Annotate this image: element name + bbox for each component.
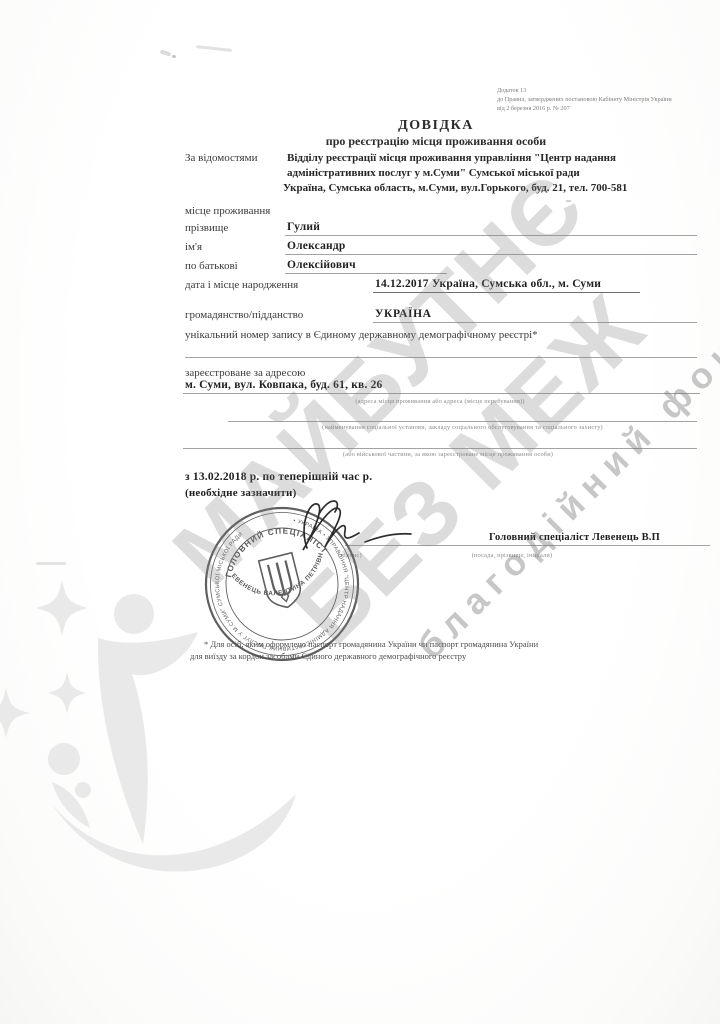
issuer-block: Відділу реєстрації місця проживання упра… (287, 151, 702, 196)
appendix-line: Додаток 13 (497, 86, 707, 95)
scan-dash (36, 562, 66, 565)
official-value: Головний спеціаліст Левенець В.П (489, 532, 660, 543)
unique-number-label: унікальний номер запису в Єдиному держав… (185, 329, 697, 341)
scan-smudge (160, 49, 172, 56)
institution-caption: (найменування соціальної установи, закла… (228, 424, 697, 431)
unique-number-line (185, 344, 697, 358)
sparkle-star-icon (36, 580, 88, 636)
signature-graphic (285, 492, 455, 562)
appendix-line: до Правил, затверджених постановою Кабін… (497, 95, 707, 104)
name-line (285, 241, 697, 255)
address-caption: (адреса місця проживання або адреса (міс… (280, 398, 600, 405)
issuer-line: Відділу реєстрації місця проживання упра… (287, 151, 702, 166)
patronymic-value: Олексійович (287, 259, 356, 271)
residence-section-label: місце проживання (185, 205, 270, 217)
issuer-prefix: За відомостями (185, 152, 257, 164)
surname-line (285, 222, 697, 236)
institution-line (228, 408, 697, 422)
issuer-line: Україна, Сумська область, м.Суми, вул.Го… (283, 181, 702, 196)
birth-label: дата і місце народження (185, 279, 298, 291)
handwritten-signature (285, 492, 455, 567)
military-caption: (або військової частини, за якою зареєст… (228, 451, 668, 458)
scan-speck (172, 55, 176, 58)
citizenship-value: УКРАЇНА (375, 308, 432, 320)
sparkle-star-icon (0, 688, 30, 738)
appendix-line: від 2 березня 2016 р. № 207 (497, 104, 707, 113)
name-value: Олександр (287, 240, 345, 252)
sparkle-star-icon (48, 672, 86, 714)
issuer-line: адміністративних послуг у м.Суми" Сумськ… (287, 166, 702, 181)
military-line (183, 435, 697, 449)
citizenship-label: громадянство/підданство (185, 309, 303, 321)
name-label: ім'я (185, 241, 202, 253)
patronymic-label: по батькові (185, 260, 238, 272)
surname-value: Гулий (287, 221, 320, 233)
address-value: м. Суми, вул. Ковпака, буд. 61, кв. 26 (185, 379, 383, 391)
figure-head (114, 594, 154, 634)
scanned-residence-certificate: Додаток 13 до Правил, затверджених поста… (0, 0, 720, 1024)
official-caption: (посада, прізвище, ініціали) (452, 552, 572, 559)
period-value: з 13.02.2018 р. по теперішній час р. (185, 471, 372, 483)
figure-head (48, 743, 80, 775)
figure-dot (75, 782, 91, 798)
base-crescent (52, 794, 296, 872)
document-subtitle: про реєстрацію місця проживання особи (180, 134, 692, 149)
birth-value: 14.12.2017 Україна, Сумська обл., м. Сум… (375, 278, 601, 290)
figure-body (98, 632, 198, 844)
document-title: ДОВІДКА (180, 118, 692, 134)
period-caption: (необхідне зазначити) (185, 487, 296, 499)
scan-streak (196, 45, 232, 52)
surname-label: прізвище (185, 222, 228, 234)
scan-speck (566, 200, 571, 202)
registered-label: зареєстроване за адресою (185, 367, 305, 379)
appendix-reference: Додаток 13 до Правил, затверджених поста… (497, 86, 707, 113)
